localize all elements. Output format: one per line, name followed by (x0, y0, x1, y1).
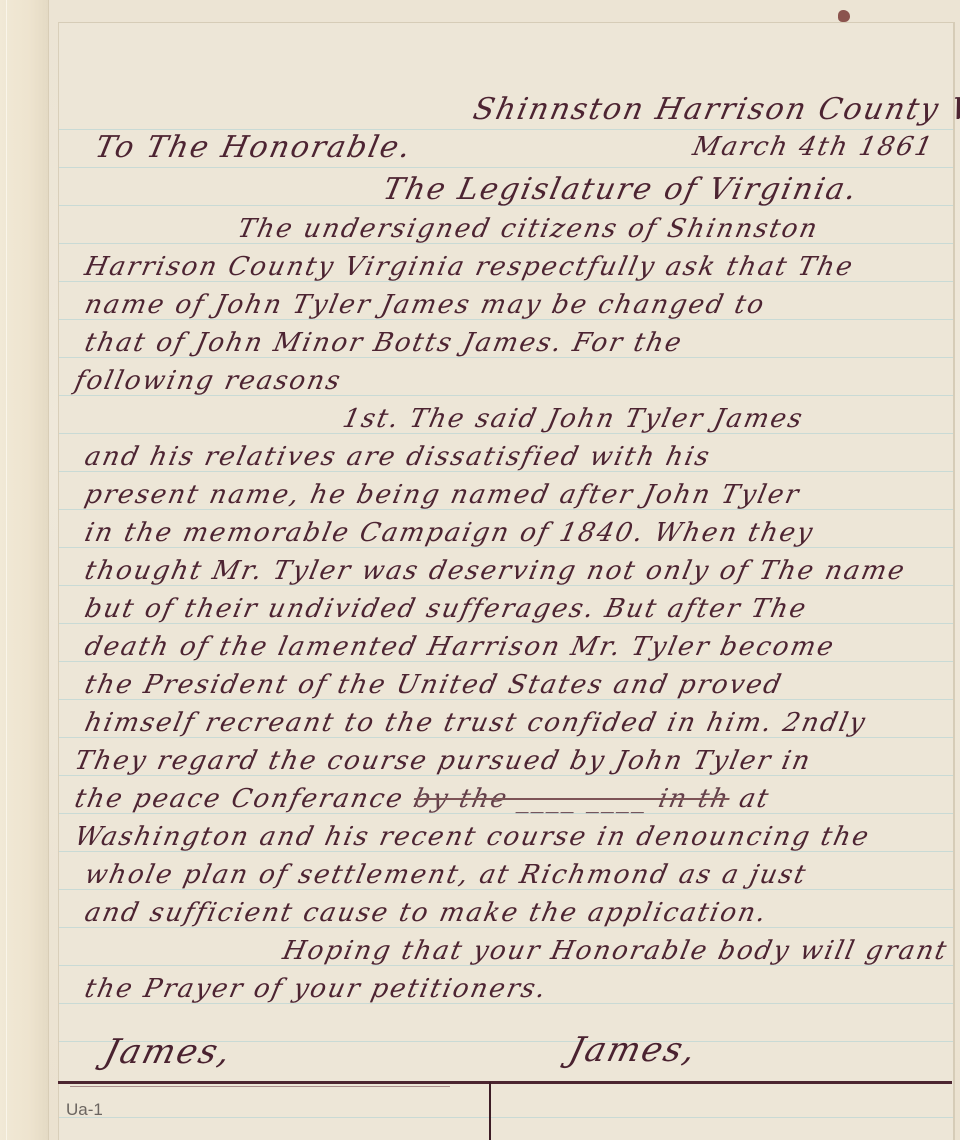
ruled-line (59, 1117, 953, 1118)
archive-annotation: Ua-1 (66, 1100, 103, 1120)
salutation-line-2: The Legislature of Virginia. (380, 172, 861, 207)
body-text: the peace Conferance (72, 784, 407, 814)
body-text: at (737, 784, 773, 814)
body-line: present name, he being named after John … (82, 480, 803, 510)
body-line: and his relatives are dissatisfied with … (82, 442, 714, 472)
struck-through-text: by the ____ ____ in th (411, 784, 733, 814)
body-line: death of the lamented Harrison Mr. Tyler… (82, 632, 838, 662)
body-line: Hoping that your Honorable body will gra… (280, 936, 951, 966)
body-line: the Prayer of your petitioners. (82, 974, 550, 1004)
body-line: and sufficient cause to make the applica… (82, 898, 770, 928)
body-line: name of John Tyler James may be changed … (82, 290, 768, 320)
column-divider (489, 1082, 491, 1140)
body-line: himself recreant to the trust confided i… (82, 708, 869, 738)
body-line: Harrison County Virginia respectfully as… (82, 252, 857, 282)
body-line: thought Mr. Tyler was deserving not only… (82, 556, 909, 586)
body-line: following reasons (72, 366, 345, 396)
header-place: Shinnston Harrison County Va. (470, 92, 960, 127)
body-line: They regard the course pursued by John T… (72, 746, 814, 776)
body-line: whole plan of settlement, at Richmond as… (82, 860, 810, 890)
body-line: that of John Minor Botts James. For the (82, 328, 686, 358)
body-line: The undersigned citizens of Shinnston (235, 214, 822, 244)
body-line: Washington and his recent course in deno… (72, 822, 873, 852)
body-line: in the memorable Campaign of 1840. When … (82, 518, 817, 548)
body-line: the President of the United States and p… (82, 670, 786, 700)
salutation-line-1: To The Honorable. (92, 130, 415, 165)
signature-rule (58, 1081, 952, 1084)
mounting-strip (0, 0, 49, 1140)
signature-right: James, (565, 1030, 702, 1070)
ruled-line (59, 167, 953, 168)
body-line: the peace Conferance by the ____ ____ in… (72, 784, 773, 814)
signature-left: James, (100, 1032, 237, 1072)
document-scan: Shinnston Harrison County Va. March 4th … (0, 0, 960, 1140)
signature-rule-shadow (70, 1086, 450, 1087)
body-line: but of their undivided sufferages. But a… (82, 594, 810, 624)
header-date: March 4th 1861 (690, 132, 937, 162)
body-line: 1st. The said John Tyler James (340, 404, 807, 434)
ink-blot (838, 10, 850, 22)
